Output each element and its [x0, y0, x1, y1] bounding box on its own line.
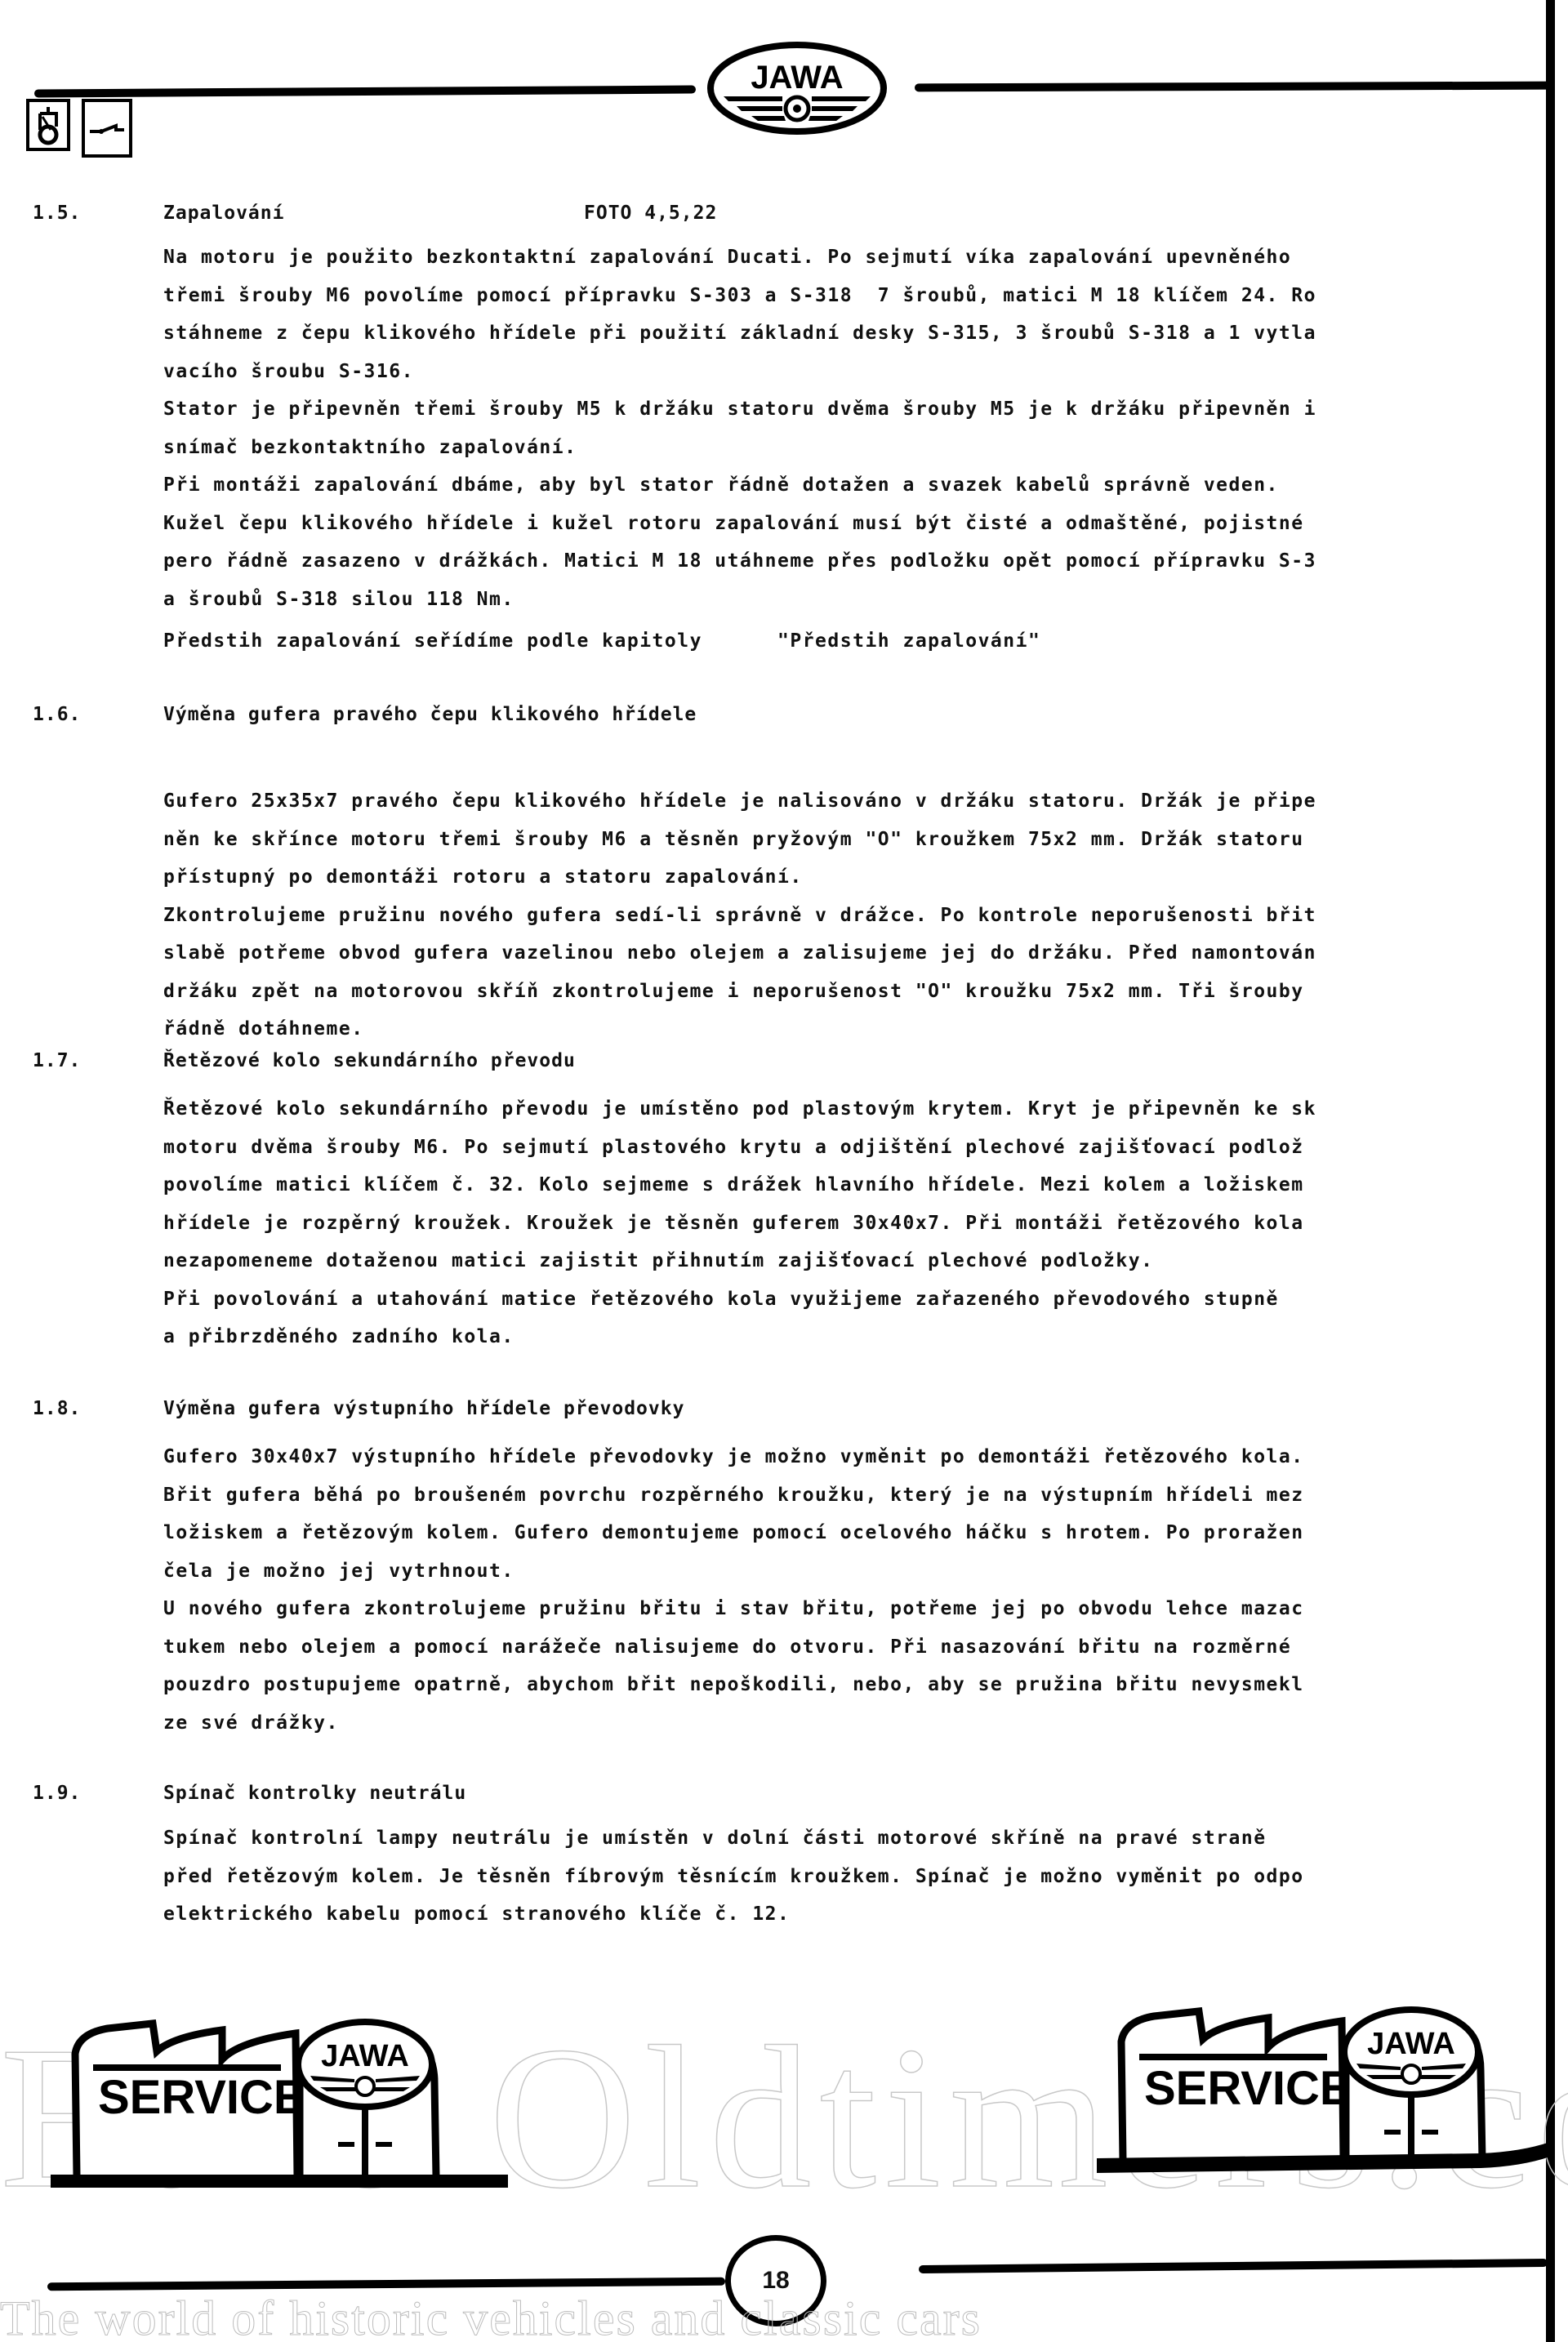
text-line: hřídele je rozpěrný kroužek. Kroužek je … [163, 1204, 1543, 1243]
footer-rule-left [47, 2277, 725, 2291]
text-line: motoru dvěma šrouby M6. Po sejmutí plast… [163, 1129, 1543, 1167]
section-title: Spínač kontrolky neutrálu [163, 1783, 466, 1804]
section-body: Spínač kontrolní lampy neutrálu je umíst… [163, 1819, 1543, 1934]
photo-reference: FOTO 4,5,22 [584, 203, 717, 224]
text-line: a šroubů S-318 silou 118 Nm. [163, 581, 1543, 619]
section-number: 1.9. [33, 1783, 81, 1804]
footer-rule-right [919, 2259, 1548, 2273]
text-line: U nového gufera zkontrolujeme pružinu bř… [163, 1590, 1543, 1628]
section-body: Řetězové kolo sekundárního převodu je um… [163, 1090, 1543, 1356]
section-number: 1.5. [33, 203, 81, 224]
svg-text:SERVICE: SERVICE [1144, 2062, 1352, 2115]
jawa-logo-header: JAWA [704, 39, 890, 137]
service-illustration-left: SERVICE JAWA [51, 2009, 508, 2205]
text-line: slabě potřeme obvod gufera vazelinou neb… [163, 934, 1543, 973]
text-line: řádně dotáhneme. [163, 1010, 1543, 1049]
section-title: Výměna gufera pravého čepu klikového hří… [163, 704, 697, 725]
header-rule-right [915, 82, 1552, 92]
header-rule-left [34, 86, 696, 98]
text-line: Při montáži zapalování dbáme, aby byl st… [163, 466, 1543, 505]
text-line: tukem nebo olejem a pomocí narážeče nali… [163, 1628, 1543, 1667]
ignition-coil-icon [26, 99, 70, 151]
section-body: Gufero 25x35x7 pravého čepu klikového hř… [163, 782, 1543, 1049]
section-title: Výměna gufera výstupního hřídele převodo… [163, 1398, 684, 1419]
text-line: držáku zpět na motorovou skříň zkontrolu… [163, 973, 1543, 1011]
text-line: stáhneme z čepu klikového hřídele při po… [163, 314, 1543, 353]
text-line: čela je možno jej vytrhnout. [163, 1552, 1543, 1591]
text-line: nezapomeneme dotaženou matici zajistit p… [163, 1242, 1543, 1280]
text-line: třemi šrouby M6 povolíme pomocí přípravk… [163, 277, 1543, 315]
text-line: Břit gufera běhá po broušeném povrchu ro… [163, 1476, 1543, 1515]
text-line: Při povolování a utahování matice řetězo… [163, 1280, 1543, 1319]
section-title: Řetězové kolo sekundárního převodu [163, 1050, 576, 1071]
text-line: ložiskem a řetězovým kolem. Gufero demon… [163, 1514, 1543, 1552]
section-body: Na motoru je použito bezkontaktní zapalo… [163, 238, 1543, 618]
text-line: Kužel čepu klikového hřídele i kužel rot… [163, 505, 1543, 543]
switch-icon [82, 99, 132, 158]
section-body: Gufero 30x40x7 výstupního hřídele převod… [163, 1438, 1543, 1742]
text-line: Gufero 25x35x7 pravého čepu klikového hř… [163, 782, 1543, 821]
text-line: Na motoru je použito bezkontaktní zapalo… [163, 238, 1543, 277]
text-line: Spínač kontrolní lampy neutrálu je umíst… [163, 1819, 1543, 1858]
text-line: povolíme matici klíčem č. 32. Kolo sejme… [163, 1166, 1543, 1204]
text-line: elektrického kabelu pomocí stranového kl… [163, 1895, 1543, 1934]
svg-text:SERVICE: SERVICE [98, 2071, 305, 2124]
text-line: pero řádně zasazeno v drážkách. Matici M… [163, 542, 1543, 581]
cross-reference-note: Předstih zapalování seřídíme podle kapit… [163, 622, 1543, 661]
text-line: Stator je připevněn třemi šrouby M5 k dr… [163, 390, 1543, 429]
text-line: Zkontrolujeme pružinu nového gufera sedí… [163, 897, 1543, 935]
text-line: Gufero 30x40x7 výstupního hřídele převod… [163, 1438, 1543, 1476]
section-title: Zapalování [163, 203, 284, 224]
text-line: něn ke skřínce motoru třemi šrouby M6 a … [163, 821, 1543, 859]
section-note: Předstih zapalování seřídíme podle kapit… [163, 622, 1543, 661]
text-line: ze své drážky. [163, 1704, 1543, 1743]
text-line: vacího šroubu S-316. [163, 353, 1543, 391]
svg-text:JAWA: JAWA [321, 2039, 409, 2073]
section-number: 1.7. [33, 1050, 81, 1071]
text-line: snímač bezkontaktního zapalování. [163, 429, 1543, 467]
text-line: a přibrzděného zadního kola. [163, 1318, 1543, 1356]
svg-text:JAWA: JAWA [1367, 2027, 1455, 2061]
text-line: pouzdro postupujeme opatrně, abychom bři… [163, 1666, 1543, 1704]
text-line: před řetězovým kolem. Je těsněn fíbrovým… [163, 1858, 1543, 1896]
watermark-tagline: The world of historic vehicles and class… [0, 2291, 982, 2342]
section-number: 1.6. [33, 704, 81, 725]
text-line: Řetězové kolo sekundárního převodu je um… [163, 1090, 1543, 1129]
service-illustration-right: SERVICE JAWA [1097, 1997, 1550, 2193]
section-number: 1.8. [33, 1398, 81, 1419]
page-edge-bar [1546, 0, 1555, 2342]
text-line: přístupný po demontáži rotoru a statoru … [163, 858, 1543, 897]
svg-text:JAWA: JAWA [751, 60, 843, 96]
